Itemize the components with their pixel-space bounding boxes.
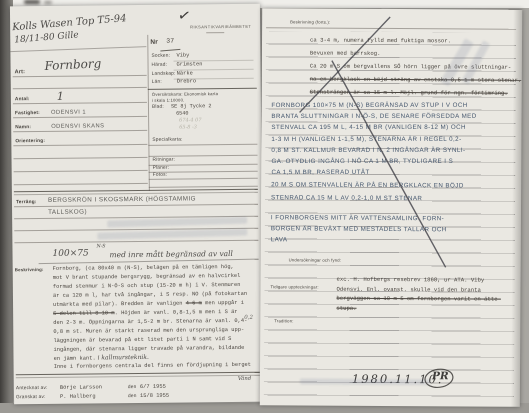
rule xyxy=(13,75,147,77)
insert-note-text: med inre mått begränsad av vall xyxy=(109,249,232,259)
antal-value-handwritten: 1 xyxy=(57,90,64,103)
fastighet-label: Fastighet: xyxy=(15,111,40,116)
fastighet-value-handwritten: ODENSVI 1 xyxy=(51,110,86,116)
namn-label: Namn: xyxy=(15,125,31,130)
granskat-label: Granskat av: xyxy=(16,395,46,400)
reviser-initials: PR xyxy=(432,370,449,382)
pencil-note-2: 65-8 -3 xyxy=(179,124,197,130)
terrang-value-line2: TALLSKOG) xyxy=(48,209,87,216)
rule xyxy=(16,375,260,379)
overview-map-line1: Översiktskarta: Ekonomisk karta xyxy=(152,91,218,97)
terrang-value-line1: BERGSKRÖN I SKOGSMARK (HÖGSTAMMIG xyxy=(48,195,196,204)
rule xyxy=(148,88,257,90)
antecknat-date: 6/7 1955 xyxy=(140,384,166,390)
rule xyxy=(13,87,147,89)
rule xyxy=(14,204,258,208)
rule xyxy=(149,186,258,188)
antecknat-name: Börje Larsson xyxy=(60,384,102,390)
agency-header: RIKSANTIKVARIEÄMBETET xyxy=(190,24,251,30)
fotos-label: Fotos: xyxy=(153,173,168,178)
beskrivning-forts-label: Beskrivning (forts.): xyxy=(290,19,330,24)
overview-map-line2: i skala 1:10000. xyxy=(152,97,185,102)
rule xyxy=(14,157,148,159)
art-value-handwritten: Fornborg xyxy=(44,56,101,73)
rule xyxy=(148,155,257,157)
orientering-label: Orientering: xyxy=(15,139,45,144)
rule xyxy=(14,192,258,196)
field-harad-value: Grimsten xyxy=(177,61,203,67)
handwritten-note-top-line2: 18/11-80 Gille xyxy=(14,30,79,45)
bleedthrough-ghost xyxy=(97,229,247,240)
form-page-right: Beskrivning (forts.): ca 3-4 m, numera f… xyxy=(260,8,522,407)
specialkarta-label: Specialkarta: xyxy=(152,138,182,143)
column-divider xyxy=(147,35,150,191)
insert-note-sup: N-S xyxy=(96,244,105,249)
scan-smudge xyxy=(44,1,52,4)
handwritten-description-para1: FORNBORG 100×75 M (N-S) BEGRÄNSAD AV STU… xyxy=(271,100,476,179)
ritningar-label: Ritningar: xyxy=(153,158,176,163)
rule xyxy=(13,130,147,132)
vand-note: Vänd xyxy=(238,376,251,382)
nr-label: Nr xyxy=(150,39,158,46)
tidigare-label: Tidigare uppteckningar: xyxy=(270,284,318,289)
rule xyxy=(149,178,258,180)
rule xyxy=(13,102,147,104)
rule xyxy=(206,32,224,33)
handwritten-description-para2: 20 M S OM STENVALLEN ÄR PÅ EN BERGKLACK … xyxy=(271,179,464,206)
scanned-archive-form: Kolls Wasen Top T5-94 18/11-80 Gille ✓ R… xyxy=(0,0,529,413)
rule xyxy=(13,116,147,118)
insert-note-figure: 100×75 xyxy=(52,249,88,259)
blad-number: 6540 xyxy=(176,110,189,116)
field-landskap-value: Närke xyxy=(177,70,193,76)
antecknat-den-label: den xyxy=(128,385,137,390)
form-page-left: Kolls Wasen Top T5-94 18/11-80 Gille ✓ R… xyxy=(10,4,264,405)
granskat-name: P. Hallberg xyxy=(60,393,96,399)
field-lan-value: Örebro xyxy=(177,78,196,84)
blad-label: Blad: xyxy=(152,105,164,110)
tradition-label: Tradition: xyxy=(274,318,293,323)
antal-label: Antal: xyxy=(15,97,30,102)
field-landskap-label: Landskap: xyxy=(152,72,176,77)
rule xyxy=(14,240,258,244)
granskat-den-label: den xyxy=(128,394,137,399)
beskrivning-label: Beskrivning: xyxy=(15,267,44,272)
planer-label: Planer: xyxy=(153,166,170,171)
field-harad-label: Härad: xyxy=(152,63,168,68)
rule xyxy=(10,46,146,52)
margin-correction-note: 0,2 xyxy=(244,315,253,321)
field-socken-value: Viby xyxy=(176,52,189,58)
field-lan-label: Län: xyxy=(152,80,162,85)
rule xyxy=(13,144,147,146)
terrang-label: Terräng: xyxy=(16,200,37,205)
tidigare-typed-text: exc. H. Hofbergs resebrev 1868, ur ATA. … xyxy=(336,275,501,315)
blad-value: SE 8j Tycke 2 xyxy=(171,103,212,109)
bleedthrough-ghost xyxy=(300,378,430,385)
rule xyxy=(14,170,148,172)
undersokningar-label: Undersökningar och fynd: xyxy=(289,257,342,262)
field-socken-label: Socken: xyxy=(151,54,170,59)
scan-smudge xyxy=(24,0,40,4)
beskrivning-typed-text: Fornborg, (ca 80x40 m (N-S), belägen på … xyxy=(53,263,251,372)
namn-value-handwritten: ODENSVI SKANS xyxy=(51,123,104,130)
granskat-date: 15/8 1955 xyxy=(140,393,169,399)
rule xyxy=(266,27,516,30)
nr-value: 37 xyxy=(166,38,174,45)
pencil-note-1: 674-4 07 xyxy=(179,117,201,123)
handwritten-description-para3: I FORNBORGENS MITT ÄR VATTENSAMLING. FOR… xyxy=(271,212,447,246)
rule xyxy=(14,183,148,185)
rule xyxy=(160,49,180,52)
art-label: Art: xyxy=(15,69,26,75)
handwritten-checkmark: ✓ xyxy=(176,5,192,25)
rule xyxy=(148,144,257,146)
bleedthrough-ghost xyxy=(107,217,247,228)
antecknat-label: Antecknat av: xyxy=(16,386,48,391)
